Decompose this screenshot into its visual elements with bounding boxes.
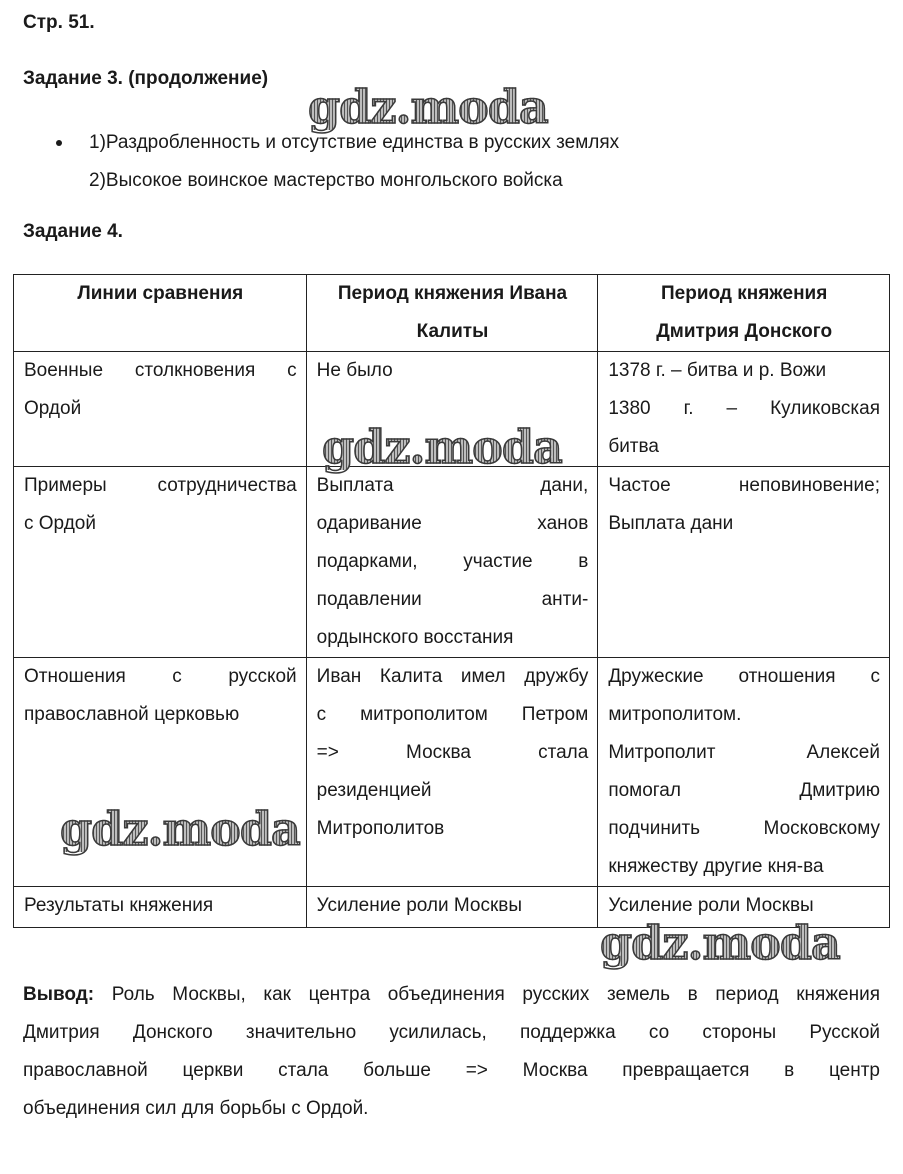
header-dmitry-donskoy: Период княженияДмитрия Донского [598,275,890,352]
cell-ivan-kalita: Выплата дани,одаривание хановподарками, … [306,467,598,658]
table-row: Отношения с русскойправославной церковью… [14,658,890,887]
cell-line: православной церковью [24,696,297,734]
cell-line: Дружеские отношения с [608,658,880,696]
list-item: 1)Раздробленность и отсутствие единства … [56,124,619,162]
cell-line: Результаты княжения [24,887,297,925]
cell-ivan-kalita: Усиление роли Москвы [306,887,598,928]
table-header-row: Линии сравнения Период княжения ИванаКал… [14,275,890,352]
conclusion-line: Вывод: Роль Москвы, как центра объединен… [23,976,880,1014]
cell-line: подчинить Московскому [608,810,880,848]
cell-line: ордынского восстания [317,619,589,657]
cell-line: Примеры сотрудничества [24,467,297,505]
cell-line: Период княжения [608,275,880,313]
cell-line: подарками, участие в [317,543,589,581]
cell-line: Калиты [317,313,589,351]
cell-line: Усиление роли Москвы [608,887,880,925]
cell-line: Митрополит Алексей [608,734,880,772]
conclusion-paragraph: Вывод: Роль Москвы, как центра объединен… [23,976,880,1128]
cell-line: 1380 г. – Куликовская [608,390,880,428]
list-item: 2)Высокое воинское мастерство монгольско… [56,162,619,200]
conclusion-line: православной церкви стала больше => Моск… [23,1052,880,1090]
cell-line: Период княжения Ивана [317,275,589,313]
cell-line: Не было [317,352,589,390]
cell-line: битва [608,428,880,466]
cell-line: митрополитом. [608,696,880,734]
cell-dmitry-donskoy: Усиление роли Москвы [598,887,890,928]
cell-line: Выплата дани [608,505,880,543]
cell-line: => Москва стала [317,734,589,772]
cell-line: Усиление роли Москвы [317,887,589,925]
cell-line: Ордой [24,390,297,428]
cell-line: с митрополитом Петром [317,696,589,734]
cell-criterion: Результаты княжения [14,887,307,928]
cell-ivan-kalita: Иван Калита имел дружбус митрополитом Пе… [306,658,598,887]
header-criteria: Линии сравнения [14,275,307,352]
cell-line: Отношения с русской [24,658,297,696]
list-item-text: 1)Раздробленность и отсутствие единства … [89,132,619,153]
conclusion-label: Вывод: [23,984,94,1005]
comparison-table: Линии сравнения Период княжения ИванаКал… [13,274,890,928]
table-row: Примеры сотрудничествас Ордой Выплата да… [14,467,890,658]
cell-criterion: Отношения с русскойправославной церковью [14,658,307,887]
cell-line: Частое неповиновение; [608,467,880,505]
task-4-title: Задание 4. [23,221,123,243]
conclusion-line: Дмитрия Донского значительно усилилась, … [23,1014,880,1052]
cell-dmitry-donskoy: Частое неповиновение;Выплата дани [598,467,890,658]
cell-line: с Ордой [24,505,297,543]
cell-criterion: Военные столкновения сОрдой [14,352,307,467]
list-item-text: 2)Высокое воинское мастерство монгольско… [89,170,563,191]
conclusion-line: объединения сил для борьбы с Ордой. [23,1090,880,1128]
table-row: Военные столкновения сОрдой Не было 1378… [14,352,890,467]
cell-dmitry-donskoy: 1378 г. – битва и р. Вожи1380 г. – Кулик… [598,352,890,467]
table-row: Результаты княжения Усиление роли Москвы… [14,887,890,928]
conclusion-text: Роль Москвы, как центра объединения русс… [94,984,880,1005]
cell-line: подавлении анти- [317,581,589,619]
bullet-icon [56,140,62,146]
cell-line: 1378 г. – битва и р. Вожи [608,352,880,390]
task-3-title: Задание 3. (продолжение) [23,68,268,90]
cell-criterion: Примеры сотрудничествас Ордой [14,467,307,658]
cell-dmitry-donskoy: Дружеские отношения смитрополитом.Митроп… [598,658,890,887]
cell-line: Дмитрия Донского [608,313,880,351]
cell-line: одаривание ханов [317,505,589,543]
cell-line: Выплата дани, [317,467,589,505]
cell-ivan-kalita: Не было [306,352,598,467]
cell-line: княжеству другие кня-ва [608,848,880,886]
cell-line: Митрополитов [317,810,589,848]
page-number-label: Стр. 51. [23,12,95,34]
cell-line: Военные столкновения с [24,352,297,390]
cell-line: Иван Калита имел дружбу [317,658,589,696]
cell-line: резиденцией [317,772,589,810]
task-3-answer-list: 1)Раздробленность и отсутствие единства … [56,124,619,200]
header-ivan-kalita: Период княжения ИванаКалиты [306,275,598,352]
cell-line: Линии сравнения [24,275,297,313]
cell-line: помогал Дмитрию [608,772,880,810]
